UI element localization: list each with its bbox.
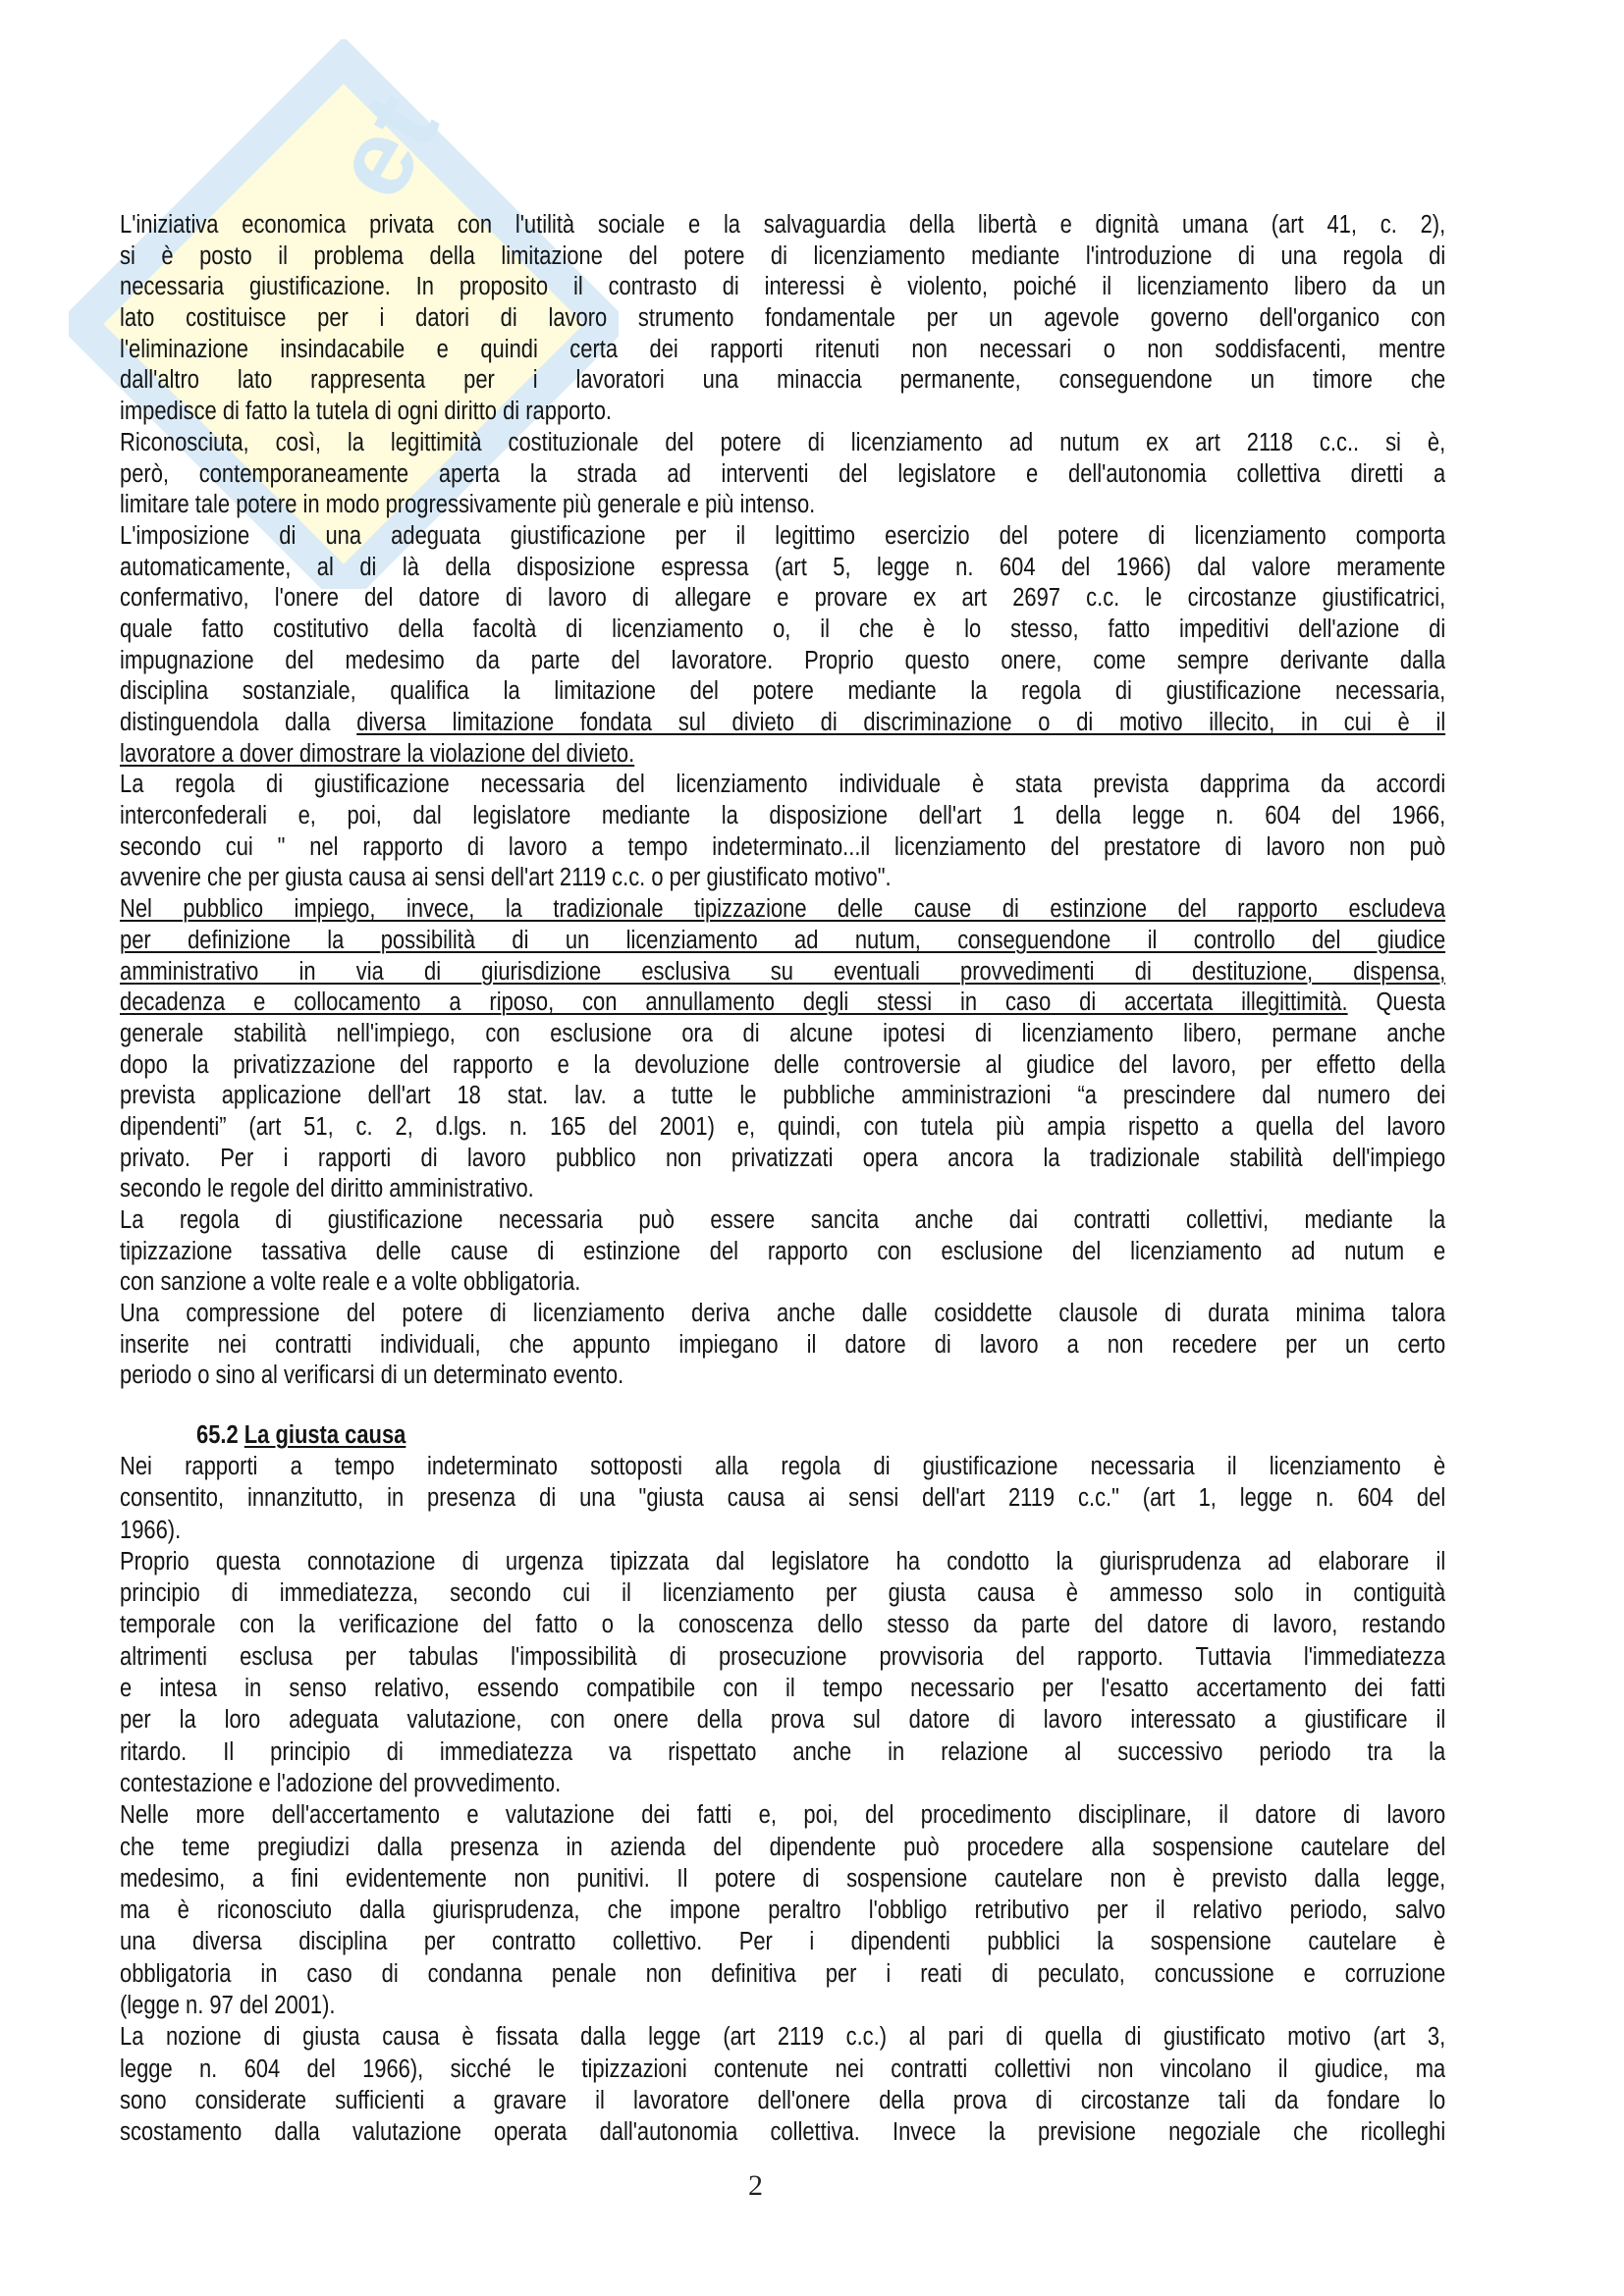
underlined-text: decadenza e collocamento a riposo, con a… xyxy=(120,988,1348,1016)
underlined-text: amministrativo in via di giurisdizione e… xyxy=(120,958,1445,986)
text-line: La regola di giustificazione necessaria … xyxy=(120,1205,1445,1237)
text-line: L'imposizione di una adeguata giustifica… xyxy=(120,521,1445,553)
text-line: 1966). xyxy=(120,1515,1445,1546)
text-line: per la loro adeguata valutazione, con on… xyxy=(120,1704,1445,1735)
text-line: altrimenti esclusa per tabulas l'impossi… xyxy=(120,1641,1445,1673)
text-line: amministrativo in via di giurisdizione e… xyxy=(120,957,1445,988)
text-line: L'iniziativa economica privata con l'uti… xyxy=(120,210,1445,241)
text-line: prevista applicazione dell'art 18 stat. … xyxy=(120,1081,1445,1112)
text-line: scostamento dalla valutazione operata da… xyxy=(120,2116,1445,2148)
text-line: contestazione e l'adozione del provvedim… xyxy=(120,1768,1445,1799)
text-line: tipizzazione tassativa delle cause di es… xyxy=(120,1237,1445,1268)
text-line: medesimo, a fini evidentemente non punit… xyxy=(120,1863,1445,1895)
text-line: distinguendola dalla diversa limitazione… xyxy=(120,708,1445,739)
text-line: con sanzione a volte reale e a volte obb… xyxy=(120,1267,1445,1299)
text-line: principio di immediatezza, secondo cui i… xyxy=(120,1577,1445,1609)
text-line: si è posto il problema della limitazione… xyxy=(120,241,1445,273)
text-line: limitare tale potere in modo progressiva… xyxy=(120,490,1445,521)
text-line: quale fatto costitutivo della facoltà di… xyxy=(120,614,1445,646)
text-line: obbligatoria in caso di condanna penale … xyxy=(120,1958,1445,1990)
text-line: avvenire che per giusta causa ai sensi d… xyxy=(120,863,1445,894)
line-text: Questa xyxy=(1348,988,1446,1016)
text-line: necessaria giustificazione. In proposito… xyxy=(120,272,1445,303)
text-line: interconfederali e, poi, dal legislatore… xyxy=(120,801,1445,832)
text-line: dall'altro lato rappresenta per i lavora… xyxy=(120,365,1445,397)
text-line: periodo o sino al verificarsi di un dete… xyxy=(120,1361,1445,1392)
text-line: generale stabilità nell'impiego, con esc… xyxy=(120,1019,1445,1050)
text-line: ma è riconosciuto dalla giurisprudenza, … xyxy=(120,1895,1445,1926)
underlined-text: lavoratore a dover dimostrare la violazi… xyxy=(120,740,634,768)
text-line: Proprio questa connotazione di urgenza t… xyxy=(120,1546,1445,1577)
text-line: Nel pubblico impiego, invece, la tradizi… xyxy=(120,894,1445,926)
underlined-text: per definizione la possibilità di un lic… xyxy=(120,927,1445,954)
text-line: Una compressione del potere di licenziam… xyxy=(120,1299,1445,1330)
text-line: dopo la privatizzazione del rapporto e l… xyxy=(120,1050,1445,1082)
section-title: La giusta causa xyxy=(244,1421,406,1449)
text-line: che teme pregiudizi dalla presenza in az… xyxy=(120,1832,1445,1863)
text-line: Nelle more dell'accertamento e valutazio… xyxy=(120,1799,1445,1831)
text-line: però, contemporaneamente aperta la strad… xyxy=(120,459,1445,491)
text-line: (legge n. 97 del 2001). xyxy=(120,1990,1445,2021)
text-line: lato costituisce per i datori di lavoro … xyxy=(120,303,1445,335)
line-text: distinguendola dalla xyxy=(120,709,356,736)
section-2-body: Nei rapporti a tempo indeterminato sotto… xyxy=(120,1451,1260,2149)
text-line: ritardo. Il principio di immediatezza va… xyxy=(120,1736,1445,1768)
text-line: lavoratore a dover dimostrare la violazi… xyxy=(120,739,1445,771)
text-line: decadenza e collocamento a riposo, con a… xyxy=(120,988,1445,1019)
text-line: e intesa in senso relativo, essendo comp… xyxy=(120,1673,1445,1704)
text-line: dipendenti” (art 51, c. 2, d.lgs. n. 165… xyxy=(120,1112,1445,1144)
section-heading: 65.2 La giusta causa xyxy=(196,1421,406,1450)
text-line: automaticamente, al di là della disposiz… xyxy=(120,553,1445,584)
text-line: sono considerate sufficienti a gravare i… xyxy=(120,2085,1445,2116)
text-line: Riconosciuta, così, la legittimità costi… xyxy=(120,428,1445,459)
text-line: legge n. 604 del 1966), sicché le tipizz… xyxy=(120,2054,1445,2085)
text-line: l'eliminazione insindacabile e quindi ce… xyxy=(120,335,1445,366)
section-number: 65.2 xyxy=(196,1421,239,1449)
text-line: consentito, innanzitutto, in presenza di… xyxy=(120,1482,1445,1514)
underlined-text: diversa limitazione fondata sul divieto … xyxy=(356,709,1445,736)
underlined-text: Nel pubblico impiego, invece, la tradizi… xyxy=(120,895,1445,923)
text-line: La regola di giustificazione necessaria … xyxy=(120,770,1445,801)
text-line: La nozione di giusta causa è fissata dal… xyxy=(120,2021,1445,2053)
text-line: una diversa disciplina per contratto col… xyxy=(120,1926,1445,1957)
text-line: Nei rapporti a tempo indeterminato sotto… xyxy=(120,1451,1445,1482)
section-1-body: L'iniziativa economica privata con l'uti… xyxy=(120,210,1260,1392)
page-number: 2 xyxy=(748,2169,763,2203)
text-line: impugnazione del medesimo da parte del l… xyxy=(120,646,1445,677)
text-line: secondo cui " nel rapporto di lavoro a t… xyxy=(120,832,1445,864)
text-line: confermativo, l'onere del datore di lavo… xyxy=(120,583,1445,614)
text-line: secondo le regole del diritto amministra… xyxy=(120,1174,1445,1205)
text-line: impedisce di fatto la tutela di ogni dir… xyxy=(120,397,1445,428)
text-line: disciplina sostanziale, qualifica la lim… xyxy=(120,676,1445,708)
text-line: inserite nei contratti individuali, che … xyxy=(120,1330,1445,1362)
text-line: privato. Per i rapporti di lavoro pubbli… xyxy=(120,1144,1445,1175)
text-line: per definizione la possibilità di un lic… xyxy=(120,926,1445,957)
text-line: temporale con la verificazione del fatto… xyxy=(120,1609,1445,1640)
